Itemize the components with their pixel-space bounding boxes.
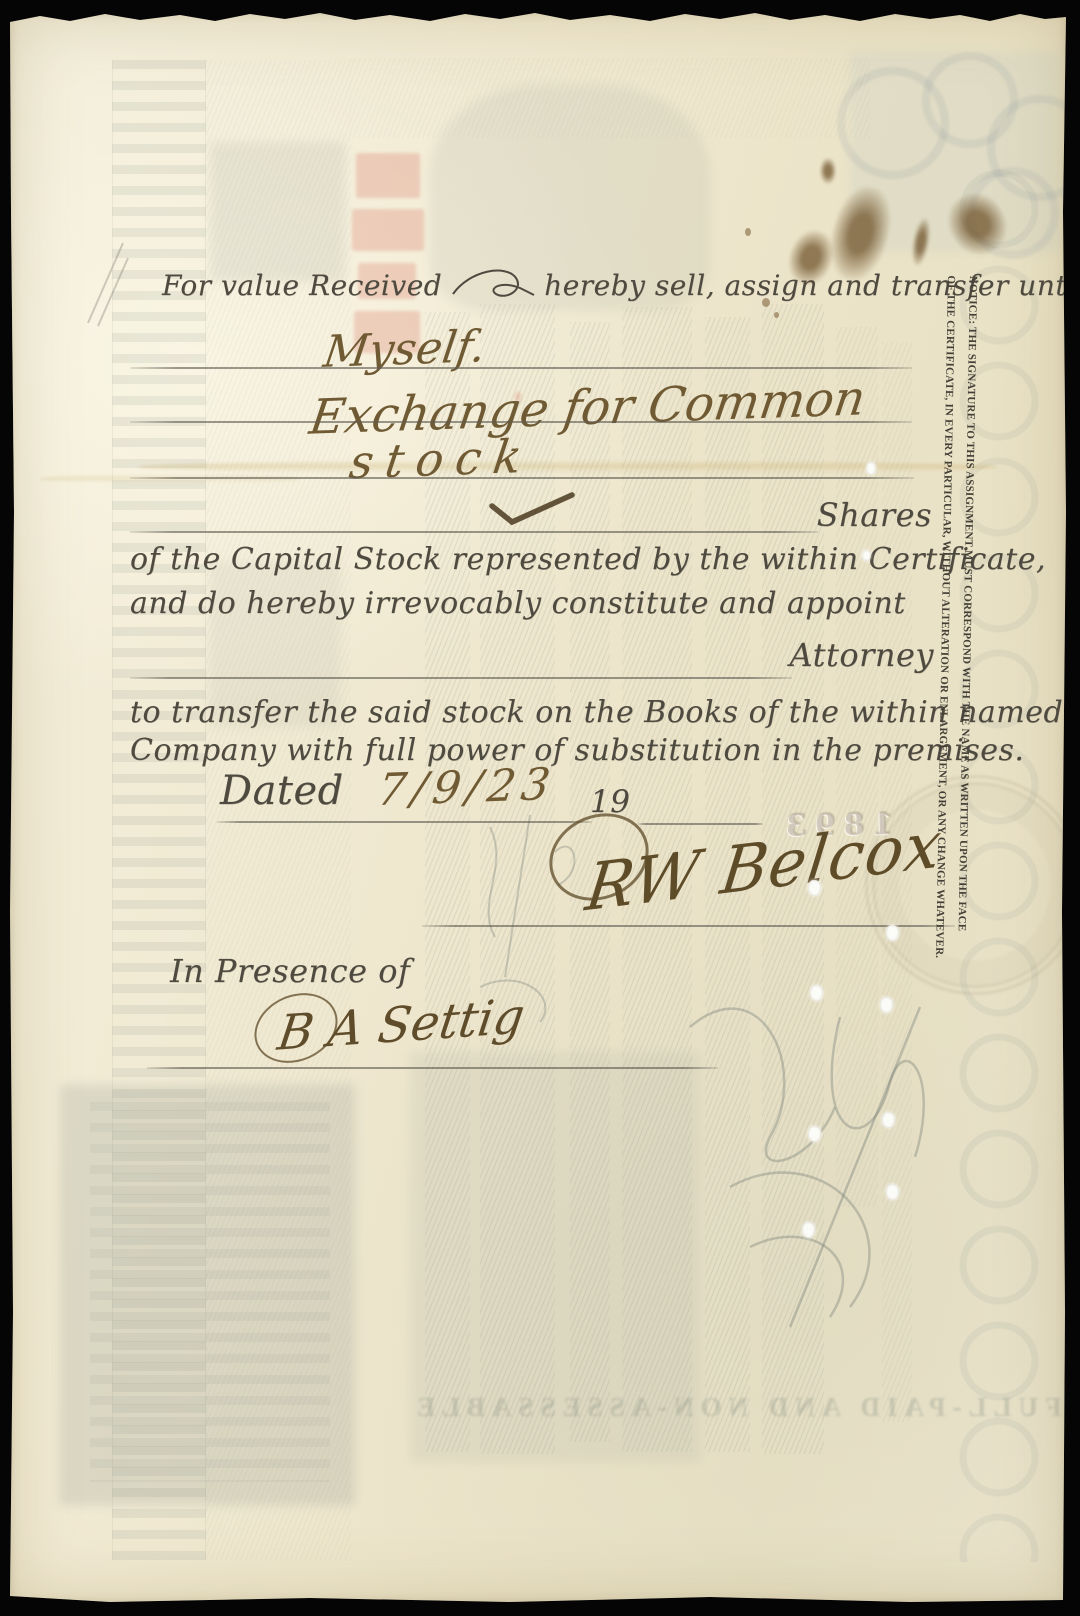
punch-hole-7 <box>886 1184 899 1200</box>
ruled-line-3 <box>130 477 914 479</box>
ghost-top-band <box>350 58 870 138</box>
body-line-4: Company with full power of substitution … <box>130 733 1024 768</box>
body-line-1: of the Capital Stock represented by the … <box>130 542 1046 577</box>
pen-check-mark <box>488 490 580 528</box>
ruled-line-5 <box>130 677 792 679</box>
ink-smudge-2 <box>938 183 1017 265</box>
punch-hole-1 <box>808 880 821 896</box>
witness-label: In Presence of <box>170 952 410 990</box>
ink-speck-1 <box>745 228 751 236</box>
pencil-mark-top-left <box>78 238 133 330</box>
ink-smudge-4 <box>909 217 933 267</box>
ghost-bottom-left-block <box>60 1085 355 1505</box>
punch-hole-4 <box>880 997 893 1013</box>
handwritten-date: 7/9/23 <box>374 759 559 816</box>
attorney-label: Attorney <box>790 636 934 674</box>
ink-smudge-5 <box>820 158 836 184</box>
punch-hole-8 <box>802 1222 815 1238</box>
ghost-scroll-circle-3 <box>987 95 1080 201</box>
pen-flourish <box>450 268 536 302</box>
signature-rule <box>422 925 955 927</box>
water-stain-tail <box>40 474 300 484</box>
ruled-line-2 <box>130 421 912 423</box>
year-rule <box>638 823 763 825</box>
handwritten-stock-word: stock <box>346 429 537 490</box>
ghost-title-block <box>210 142 345 282</box>
punch-hole-2 <box>886 925 899 941</box>
ink-speck-2 <box>762 298 770 307</box>
handwritten-assignee: Myself. <box>320 321 488 378</box>
certificate-back-paper: For value Received hereby sell, assign a… <box>10 12 1066 1602</box>
witness-rule <box>147 1067 718 1069</box>
ghost-bottom-left-bars <box>90 1102 330 1482</box>
punch-hole-6 <box>808 1126 821 1142</box>
ink-speck-3 <box>774 312 779 318</box>
dated-label: Dated <box>220 768 344 814</box>
ghost-scroll-circle-1 <box>837 67 949 179</box>
paper-fleck-1 <box>866 462 876 475</box>
ruled-line-4 <box>130 531 818 533</box>
shares-label: Shares <box>817 496 932 534</box>
body-line-3: to transfer the said stock on the Books … <box>130 695 1063 730</box>
ghost-mirrored-text: FULL-PAID AND NON-ASSESSABLE <box>410 1392 1062 1423</box>
ghost-scroll-circle-2 <box>922 52 1018 148</box>
ruled-line-1 <box>130 367 912 369</box>
body-line-2: and do hereby irrevocably constitute and… <box>130 586 906 621</box>
punch-hole-5 <box>882 1112 895 1128</box>
date-rule <box>217 821 592 823</box>
lead-prefix-text: For value Received <box>162 269 442 302</box>
punch-hole-3 <box>810 985 823 1001</box>
scan-background: { "document": { "kind": "Stock certifica… <box>0 0 1080 1616</box>
paper-fleck-2 <box>862 550 871 561</box>
